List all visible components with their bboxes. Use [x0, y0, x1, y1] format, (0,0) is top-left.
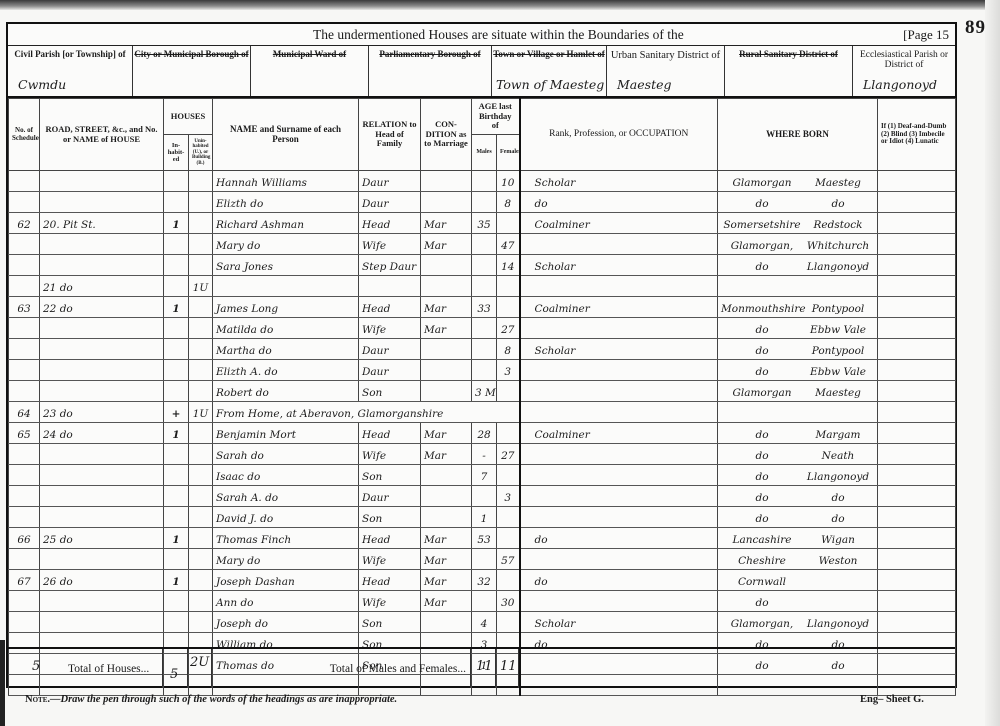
cell-inhabited: [164, 549, 189, 570]
boundary-value: Llangonoyd: [863, 77, 937, 92]
cell-condition: Mar: [421, 549, 472, 570]
cell-where-born: dodo: [718, 192, 878, 213]
cell-road: [40, 486, 164, 507]
cell-where-born: MonmouthshirePontypool: [718, 297, 878, 318]
cell-where-born: doNeath: [718, 444, 878, 465]
table-row: Robert doSon3 Mo.GlamorganMaesteg: [9, 381, 956, 402]
cell-male-age: [472, 171, 497, 192]
cell-infirmity: [878, 360, 956, 381]
cell-schedule: [9, 255, 40, 276]
schedules-count: 5: [32, 659, 40, 674]
cell-inhabited: [164, 192, 189, 213]
cell-inhabited: +: [164, 402, 189, 423]
born-county: do: [721, 366, 803, 378]
cell-inhabited: 1: [164, 423, 189, 444]
cell-occupation: [520, 549, 718, 570]
cell-uninhabited: [189, 339, 213, 360]
born-place: Wigan: [803, 534, 873, 546]
cell-condition: [421, 192, 472, 213]
cell-road: 20. Pit St.: [40, 213, 164, 234]
cell-schedule: [9, 591, 40, 612]
cell-female-age: [497, 297, 520, 318]
boundary-label: Town or Village or Hamlet of: [493, 49, 605, 59]
cell-where-born: doLlangonoyd: [718, 255, 878, 276]
cell-name: Isaac do: [213, 465, 359, 486]
cell-uninhabited: [189, 507, 213, 528]
cell-relation: Daur: [359, 192, 421, 213]
table-row: 6423 do+1UFrom Home, at Aberavon, Glamor…: [9, 402, 956, 423]
col-where-born: WHERE BORN: [718, 99, 878, 171]
totals-houses-label-cell: 5 Total of Houses...: [8, 649, 163, 688]
cell-relation: Head: [359, 297, 421, 318]
col-females: Females: [497, 135, 520, 171]
cell-absence-note: From Home, at Aberavon, Glamorganshire: [213, 402, 520, 423]
cell-inhabited: [164, 171, 189, 192]
cell-uninhabited: [189, 297, 213, 318]
cell-female-age: 57: [497, 549, 520, 570]
cell-female-age: 8: [497, 339, 520, 360]
cell-name: Joseph do: [213, 612, 359, 633]
cell-uninhabited: 1U: [189, 402, 213, 423]
cell-occupation: [520, 507, 718, 528]
cell-condition: [421, 360, 472, 381]
header-row: No. of Schedule ROAD, STREET, &c., and N…: [9, 99, 956, 135]
cell-name: Sarah do: [213, 444, 359, 465]
cell-female-age: 27: [497, 444, 520, 465]
cell-occupation: [520, 402, 718, 423]
col-name: NAME and Surname of each Person: [213, 99, 359, 171]
born-county: do: [721, 345, 803, 357]
cell-male-age: 28: [472, 423, 497, 444]
page-margin: [985, 0, 1000, 726]
born-county: do: [721, 492, 803, 504]
cell-occupation: Coalminer: [520, 297, 718, 318]
born-county: do: [721, 450, 803, 462]
cell-male-age: [472, 192, 497, 213]
table-row: Ann doWifeMar30do: [9, 591, 956, 612]
page-reference: [Page 15: [903, 27, 949, 43]
cell-occupation: [520, 465, 718, 486]
cell-where-born: dodo: [718, 507, 878, 528]
cell-road: 23 do: [40, 402, 164, 423]
cell-schedule: [9, 360, 40, 381]
cell-road: [40, 318, 164, 339]
born-county: Glamorgan,: [721, 618, 803, 630]
cell-name: Elizth do: [213, 192, 359, 213]
cell-male-age: [472, 549, 497, 570]
cell-road: [40, 381, 164, 402]
cell-relation: Head: [359, 423, 421, 444]
cell-inhabited: [164, 234, 189, 255]
table-row: Elizth doDaur8dododo: [9, 192, 956, 213]
cell-condition: [421, 381, 472, 402]
cell-schedule: [9, 192, 40, 213]
cell-male-age: 32: [472, 570, 497, 591]
boundary-town-village: Town or Village or Hamlet of Town of Mae…: [492, 46, 607, 96]
table-row: Mary doWifeMar47Glamorgan,Whitchurch: [9, 234, 956, 255]
cell-male-age: [472, 360, 497, 381]
cell-where-born: doLlangonoyd: [718, 465, 878, 486]
cell-road: [40, 171, 164, 192]
cell-infirmity: [878, 234, 956, 255]
cell-where-born: [718, 402, 878, 423]
born-county: do: [721, 513, 803, 525]
cell-female-age: 10: [497, 171, 520, 192]
cell-name: James Long: [213, 297, 359, 318]
table-row: Sarah A. doDaur3dodo: [9, 486, 956, 507]
cell-female-age: [497, 213, 520, 234]
cell-female-age: 27: [497, 318, 520, 339]
table-row: 6726 do1Joseph DashanHeadMar32doCornwall: [9, 570, 956, 591]
cell-road: [40, 507, 164, 528]
born-county: Monmouthshire: [721, 303, 803, 315]
cell-occupation: Scholar: [520, 339, 718, 360]
page-title: The undermentioned Houses are situate wi…: [313, 27, 684, 43]
cell-name: David J. do: [213, 507, 359, 528]
born-county: Glamorgan,: [721, 240, 803, 252]
cell-name: Hannah Williams: [213, 171, 359, 192]
cell-schedule: [9, 381, 40, 402]
cell-occupation: do: [520, 528, 718, 549]
boundary-value: Maesteg: [617, 77, 672, 92]
boundary-label: Ecclesiastical Parish or District of: [860, 50, 948, 70]
cell-road: [40, 549, 164, 570]
cell-condition: [421, 612, 472, 633]
col-relation: RELATION to Head of Family: [359, 99, 421, 171]
cell-infirmity: [878, 570, 956, 591]
cell-female-age: 8: [497, 192, 520, 213]
cell-uninhabited: [189, 360, 213, 381]
born-place: Llangonoyd: [803, 261, 873, 273]
col-occupation: Rank, Profession, or OCCUPATION: [520, 99, 718, 171]
cell-name: Joseph Dashan: [213, 570, 359, 591]
boundary-label: Rural Sanitary District of: [739, 49, 838, 59]
born-place: Maesteg: [803, 387, 873, 399]
title-row: The undermentioned Houses are situate wi…: [8, 24, 955, 46]
col-inhabited: In-habit-ed: [164, 135, 189, 171]
cell-inhabited: [164, 591, 189, 612]
born-county: do: [721, 597, 803, 609]
cell-where-born: GlamorganMaesteg: [718, 171, 878, 192]
cell-schedule: 67: [9, 570, 40, 591]
cell-male-age: [472, 234, 497, 255]
born-county: Cornwall: [721, 576, 803, 588]
cell-occupation: [520, 381, 718, 402]
table-row: Joseph doSon4ScholarGlamorgan,Llangonoyd: [9, 612, 956, 633]
cell-uninhabited: [189, 444, 213, 465]
col-infirmity: If (1) Deaf-and-Dumb (2) Blind (3) Imbec…: [878, 99, 956, 171]
totals-persons-label-cell: Total of Males and Females...: [212, 649, 471, 688]
cell-where-born: doMargam: [718, 423, 878, 444]
table-row: David J. doSon1dodo: [9, 507, 956, 528]
born-county: do: [721, 261, 803, 273]
cell-uninhabited: [189, 570, 213, 591]
cell-female-age: [497, 381, 520, 402]
totals-males-cell: 11: [471, 649, 496, 688]
cell-relation: Son: [359, 381, 421, 402]
cell-uninhabited: [189, 234, 213, 255]
cell-relation: Head: [359, 213, 421, 234]
cell-inhabited: [164, 318, 189, 339]
table-row: 6625 do1Thomas FinchHeadMar53doLancashir…: [9, 528, 956, 549]
table-row: 6524 do1Benjamin MortHeadMar28Coalminerd…: [9, 423, 956, 444]
cell-infirmity: [878, 486, 956, 507]
cell-name: Mary do: [213, 549, 359, 570]
cell-uninhabited: [189, 528, 213, 549]
col-uninhabited: Unin-habited (U.), or Building (B.): [189, 135, 213, 171]
cell-uninhabited: [189, 318, 213, 339]
cell-uninhabited: [189, 381, 213, 402]
cell-infirmity: [878, 528, 956, 549]
table-row: Elizth A. doDaur3doEbbw Vale: [9, 360, 956, 381]
totals-blank-cell: [519, 649, 955, 688]
census-rows: Hannah WilliamsDaur10ScholarGlamorganMae…: [9, 171, 956, 696]
females-total: 11: [500, 659, 517, 674]
cell-road: [40, 192, 164, 213]
cell-female-age: 3: [497, 486, 520, 507]
boundary-ecclesiastical-parish: Ecclesiastical Parish or District of Lla…: [853, 46, 955, 96]
cell-condition: Mar: [421, 423, 472, 444]
cell-female-age: [497, 612, 520, 633]
cell-condition: Mar: [421, 234, 472, 255]
cell-schedule: [9, 339, 40, 360]
col-males: Males: [472, 135, 497, 171]
binding-edge: [0, 640, 5, 726]
cell-schedule: 62: [9, 213, 40, 234]
cell-infirmity: [878, 591, 956, 612]
cell-road: 21 do: [40, 276, 164, 297]
total-houses-label: Total of Houses...: [68, 663, 149, 675]
cell-male-age: 35: [472, 213, 497, 234]
cell-where-born: Cornwall: [718, 570, 878, 591]
cell-female-age: [497, 507, 520, 528]
born-place: do: [803, 198, 873, 210]
cell-inhabited: [164, 360, 189, 381]
boundary-label: Parliamentary Borough of: [379, 49, 480, 59]
cell-relation: Daur: [359, 486, 421, 507]
born-county: Glamorgan: [721, 387, 803, 399]
cell-where-born: dodo: [718, 486, 878, 507]
cell-schedule: [9, 612, 40, 633]
cell-occupation: [520, 276, 718, 297]
cell-male-age: 3 Mo.: [472, 381, 497, 402]
boundary-rural-sanitary: Rural Sanitary District of: [725, 46, 853, 96]
table-row: Isaac doSon7doLlangonoyd: [9, 465, 956, 486]
cell-road: [40, 255, 164, 276]
folio-number: 89: [965, 17, 986, 39]
cell-name: Elizth A. do: [213, 360, 359, 381]
born-place: Ebbw Vale: [803, 366, 873, 378]
cell-relation: Wife: [359, 318, 421, 339]
cell-where-born: doEbbw Vale: [718, 318, 878, 339]
born-place: Neath: [803, 450, 873, 462]
cell-relation: Step Daur: [359, 255, 421, 276]
cell-name: Benjamin Mort: [213, 423, 359, 444]
cell-relation: Daur: [359, 339, 421, 360]
cell-schedule: [9, 465, 40, 486]
cell-infirmity: [878, 549, 956, 570]
born-place: Llangonoyd: [803, 618, 873, 630]
totals-row: 5 Total of Houses... 5 2U Total of Males…: [8, 647, 955, 688]
col-schedule: No. of Schedule: [9, 99, 40, 171]
cell-female-age: [497, 276, 520, 297]
cell-name: Richard Ashman: [213, 213, 359, 234]
cell-occupation: Coalminer: [520, 423, 718, 444]
cell-where-born: SomersetshireRedstock: [718, 213, 878, 234]
cell-uninhabited: [189, 213, 213, 234]
cell-road: [40, 360, 164, 381]
cell-schedule: [9, 276, 40, 297]
cell-uninhabited: [189, 255, 213, 276]
boundary-municipal-borough: City or Municipal Borough of: [133, 46, 251, 96]
cell-where-born: CheshireWeston: [718, 549, 878, 570]
cell-schedule: 66: [9, 528, 40, 549]
census-sheet: The undermentioned Houses are situate wi…: [6, 22, 957, 688]
cell-road: [40, 339, 164, 360]
sheet-identifier: Eng– Sheet G.: [860, 694, 924, 705]
born-place: do: [803, 492, 873, 504]
cell-where-born: LancashireWigan: [718, 528, 878, 549]
cell-male-age: [472, 339, 497, 360]
cell-infirmity: [878, 381, 956, 402]
boundary-municipal-ward: Municipal Ward of: [251, 46, 369, 96]
cell-relation: Wife: [359, 591, 421, 612]
boundary-label: Municipal Ward of: [273, 49, 346, 59]
totals-females-cell: 11: [496, 649, 519, 688]
cell-where-born: Glamorgan,Whitchurch: [718, 234, 878, 255]
cell-road: 24 do: [40, 423, 164, 444]
cell-schedule: [9, 507, 40, 528]
cell-inhabited: [164, 381, 189, 402]
cell-condition: Mar: [421, 591, 472, 612]
cell-occupation: Scholar: [520, 171, 718, 192]
boundary-civil-parish: Civil Parish [or Township] of Cwmdu: [8, 46, 133, 96]
cell-infirmity: [878, 465, 956, 486]
table-row: 21 do1U: [9, 276, 956, 297]
table-row: Sara JonesStep Daur14ScholardoLlangonoyd: [9, 255, 956, 276]
cell-uninhabited: [189, 423, 213, 444]
cell-name: [213, 276, 359, 297]
cell-name: Matilda do: [213, 318, 359, 339]
cell-relation: Wife: [359, 234, 421, 255]
cell-where-born: Glamorgan,Llangonoyd: [718, 612, 878, 633]
cell-uninhabited: [189, 549, 213, 570]
cell-infirmity: [878, 402, 956, 423]
cell-relation: Head: [359, 528, 421, 549]
cell-name: Robert do: [213, 381, 359, 402]
cell-condition: [421, 507, 472, 528]
cell-infirmity: [878, 423, 956, 444]
born-county: do: [721, 324, 803, 336]
born-place: Ebbw Vale: [803, 324, 873, 336]
cell-uninhabited: [189, 486, 213, 507]
cell-female-age: 30: [497, 591, 520, 612]
born-county: Somersetshire: [721, 219, 803, 231]
cell-relation: Head: [359, 570, 421, 591]
cell-where-born: doPontypool: [718, 339, 878, 360]
cell-uninhabited: [189, 465, 213, 486]
footer-note: Note.—Draw the pen through such of the w…: [25, 694, 397, 705]
cell-male-age: 33: [472, 297, 497, 318]
cell-schedule: [9, 234, 40, 255]
cell-occupation: [520, 444, 718, 465]
cell-where-born: do: [718, 591, 878, 612]
cell-schedule: 65: [9, 423, 40, 444]
boundary-row: Civil Parish [or Township] of Cwmdu City…: [8, 46, 955, 98]
cell-occupation: do: [520, 192, 718, 213]
cell-male-age: -: [472, 444, 497, 465]
cell-condition: [421, 276, 472, 297]
cell-inhabited: [164, 612, 189, 633]
cell-relation: Daur: [359, 360, 421, 381]
boundary-label: Civil Parish [or Township] of: [14, 49, 125, 59]
cell-infirmity: [878, 213, 956, 234]
cell-road: [40, 612, 164, 633]
boundary-parliamentary-borough: Parliamentary Borough of: [369, 46, 492, 96]
table-row: Hannah WilliamsDaur10ScholarGlamorganMae…: [9, 171, 956, 192]
boundary-value: Town of Maesteg: [496, 77, 604, 92]
cell-inhabited: 1: [164, 297, 189, 318]
cell-relation: Wife: [359, 549, 421, 570]
inhabited-total: 5: [170, 667, 178, 682]
cell-relation: Daur: [359, 171, 421, 192]
cell-road: [40, 444, 164, 465]
cell-occupation: [520, 318, 718, 339]
cell-occupation: Scholar: [520, 255, 718, 276]
born-county: Cheshire: [721, 555, 803, 567]
born-county: Lancashire: [721, 534, 803, 546]
cell-female-age: 3: [497, 360, 520, 381]
cell-uninhabited: [189, 591, 213, 612]
cell-inhabited: 1: [164, 213, 189, 234]
cell-female-age: 47: [497, 234, 520, 255]
cell-where-born: doEbbw Vale: [718, 360, 878, 381]
cell-road: [40, 591, 164, 612]
cell-schedule: [9, 549, 40, 570]
note-text: —Draw the pen through such of the words …: [50, 694, 397, 705]
cell-condition: [421, 171, 472, 192]
boundary-value: Cwmdu: [18, 77, 66, 92]
cell-infirmity: [878, 339, 956, 360]
cell-name: Ann do: [213, 591, 359, 612]
cell-infirmity: [878, 171, 956, 192]
col-houses: HOUSES: [164, 99, 213, 135]
cell-occupation: [520, 234, 718, 255]
cell-inhabited: [164, 255, 189, 276]
table-row: 6322 do1James LongHeadMar33CoalminerMonm…: [9, 297, 956, 318]
col-condition: CON-DITION as to Marriage: [421, 99, 472, 171]
cell-condition: [421, 255, 472, 276]
cell-condition: [421, 486, 472, 507]
cell-road: [40, 465, 164, 486]
cell-occupation: Scholar: [520, 612, 718, 633]
cell-schedule: [9, 486, 40, 507]
cell-relation: [359, 276, 421, 297]
born-county: Glamorgan: [721, 177, 803, 189]
born-place: do: [803, 513, 873, 525]
cell-relation: Son: [359, 465, 421, 486]
cell-inhabited: [164, 276, 189, 297]
cell-condition: Mar: [421, 444, 472, 465]
cell-condition: Mar: [421, 297, 472, 318]
cell-occupation: do: [520, 570, 718, 591]
born-place: Redstock: [803, 219, 873, 231]
cell-female-age: 14: [497, 255, 520, 276]
boundary-urban-sanitary: Urban Sanitary District of Maesteg: [607, 46, 725, 96]
cell-condition: Mar: [421, 528, 472, 549]
col-road: ROAD, STREET, &c., and No. or NAME of HO…: [40, 99, 164, 171]
cell-name: Mary do: [213, 234, 359, 255]
